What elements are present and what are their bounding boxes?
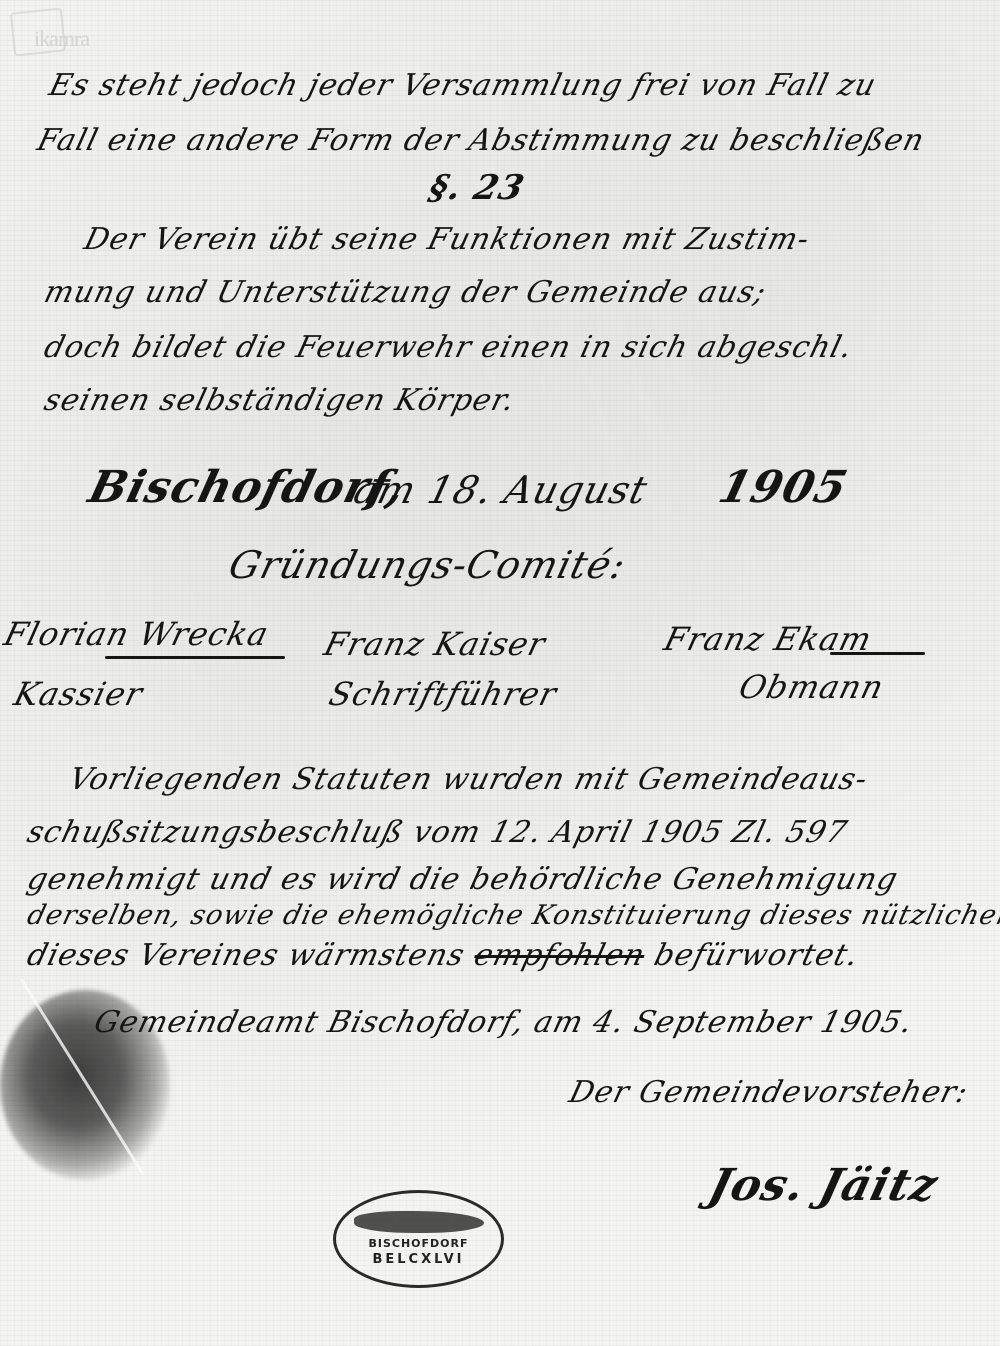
approval-line-3: genehmigt und es wird die behördliche Ge… [24,862,902,897]
approval-line-2: schußsitzungsbeschluß vom 12. April 1905… [24,815,852,850]
archive-stamp: BISCHOFDORF BELCXLVI [333,1190,504,1288]
stamp-top-text: BISCHOFDORF [368,1237,468,1250]
section-line-3: doch bildet die Feuerwehr einen in sich … [41,330,857,365]
mayor-signature: Jos. Jäitz [704,1160,944,1211]
approval-line-5: dieses Vereines wärmstens empfohlen befü… [24,938,863,973]
role-obmann: Obmann [735,668,888,706]
struck-word: empfohlen [470,938,648,973]
signature-kassier: Florian Wrecka [0,615,273,653]
section-line-4: seinen selbständigen Körper. [41,383,519,418]
role-schriftfuehrer: Schriftführer [325,675,561,713]
founding-year: 1905 [714,462,853,513]
role-kassier: Kassier [10,675,147,713]
founding-date: am 18. August [350,468,653,512]
approval-line-1: Vorliegenden Statuten wurden mit Gemeind… [66,762,872,797]
approval-line-5-text: dieses Vereines wärmstens [24,938,469,973]
intro-line-1: Es steht jedoch jeder Versammlung frei v… [46,68,880,103]
section-line-1: Der Verein übt seine Funktionen mit Zust… [81,222,814,257]
committee-heading: Gründungs-Comité: [225,543,631,587]
intro-line-2: Fall eine andere Form der Abstimmung zu … [34,123,929,158]
section-line-2: mung und Unterstützung der Gemeinde aus; [41,275,771,310]
approval-end: befürwortet. [651,938,863,973]
signature-schriftfuehrer: Franz Kaiser [320,625,550,663]
watermark-logo: ikamra [34,26,89,52]
mayor-title: Der Gemeindevorsteher: [566,1075,972,1110]
signature-underline [830,652,925,655]
office-date: Gemeindeamt Bischofdorf, am 4. September… [91,1005,917,1040]
stamp-smudge [354,1211,484,1233]
stamp-bottom-text: BELCXLVI [372,1252,464,1267]
approval-line-4: derselben, sowie die ehemögliche Konstit… [24,900,1000,931]
signature-underline [105,656,285,659]
section-mark: §. 23 [425,168,529,208]
